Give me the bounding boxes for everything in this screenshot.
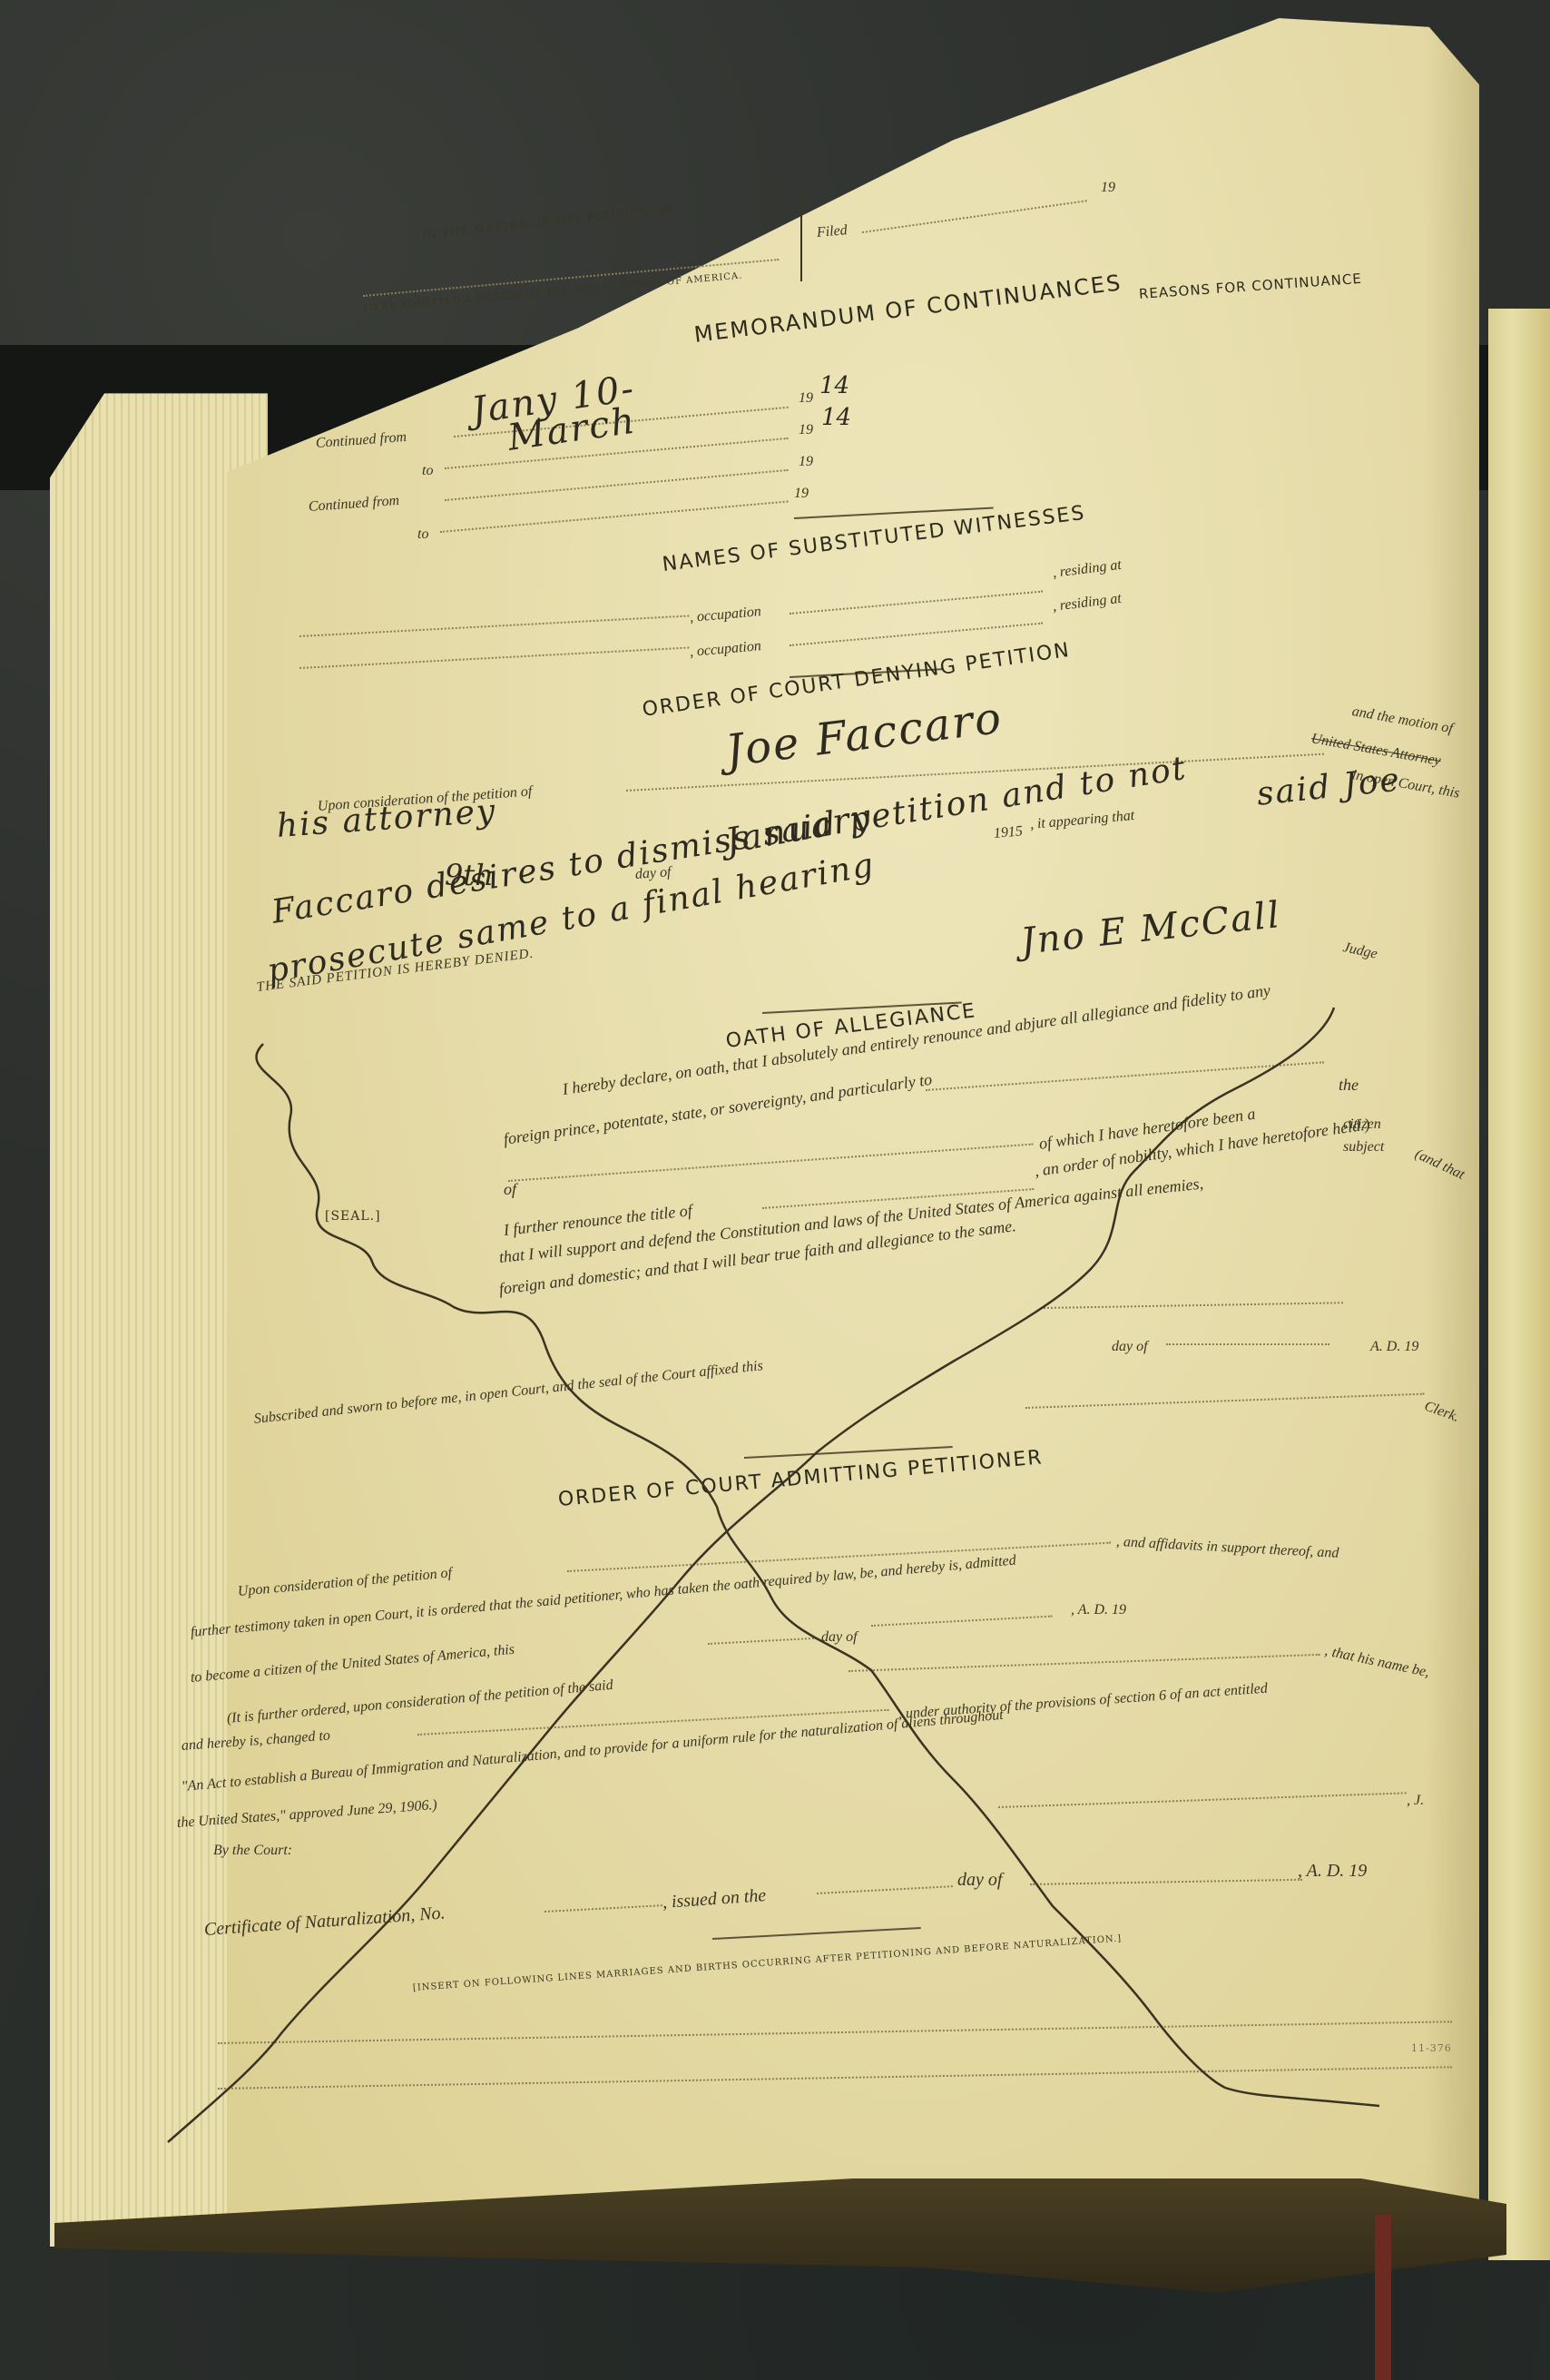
cancellation-scribble (0, 0, 1550, 2380)
